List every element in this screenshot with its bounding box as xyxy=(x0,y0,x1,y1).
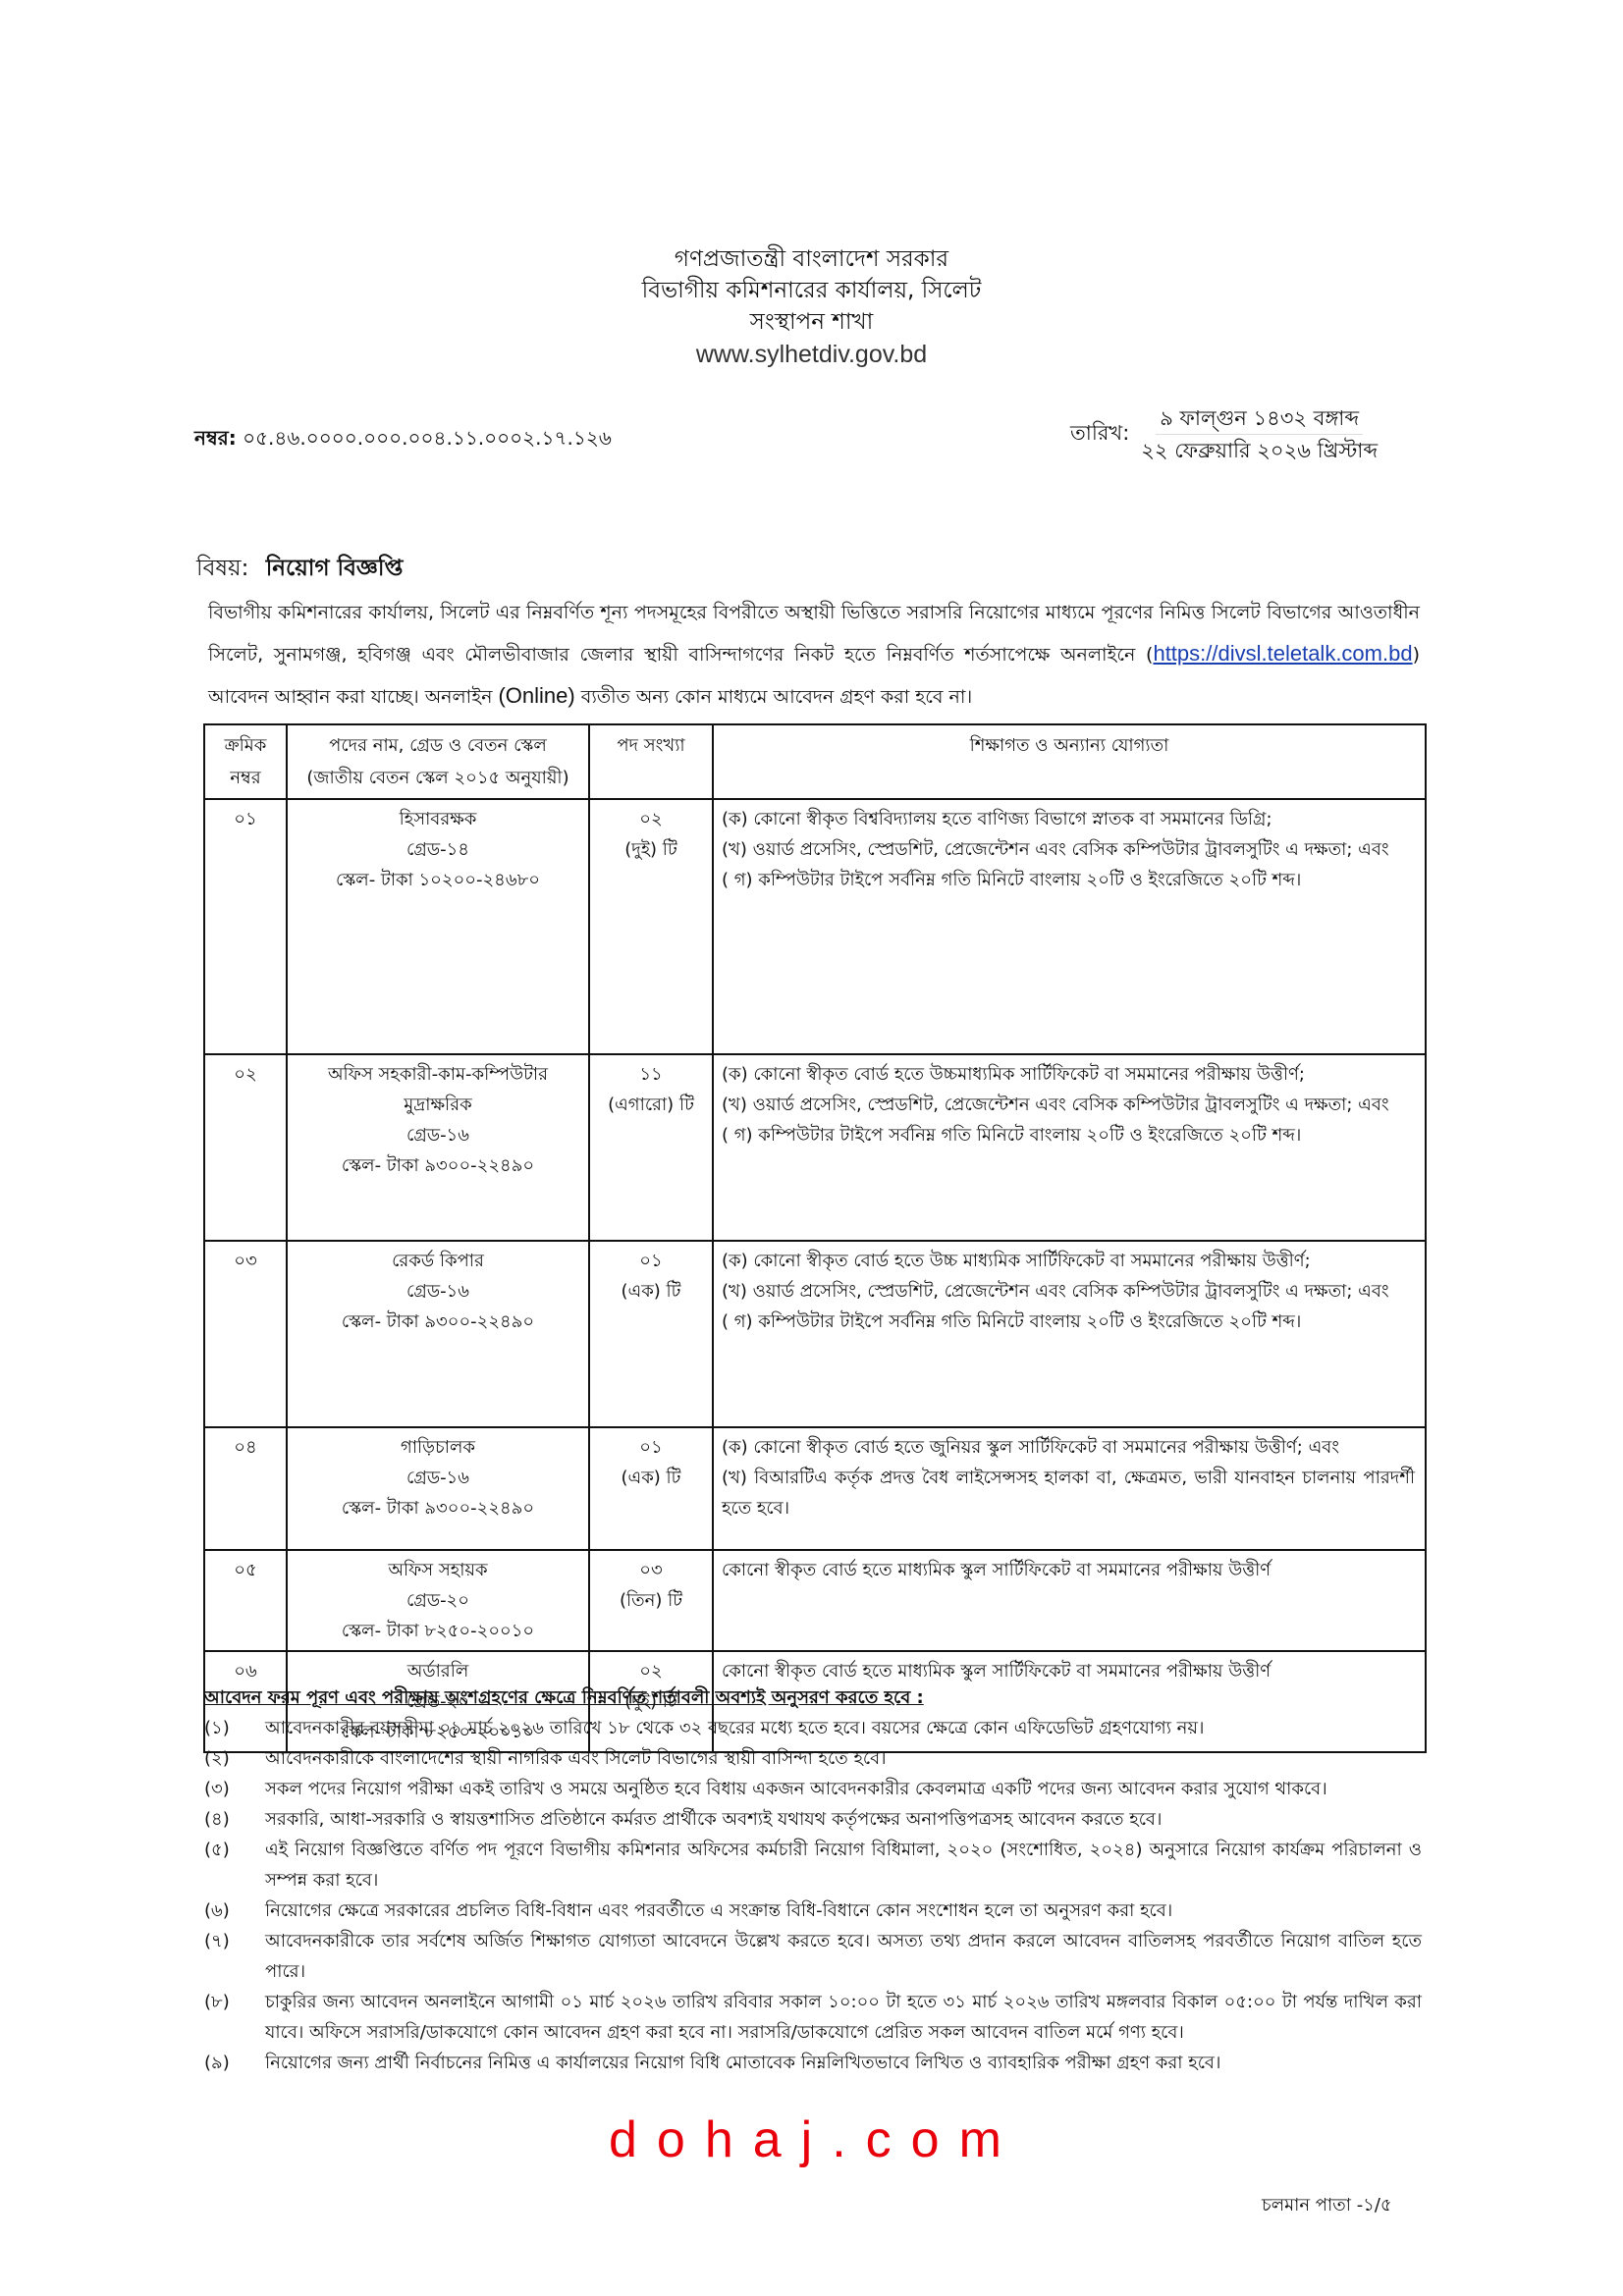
condition-number: (৩) xyxy=(204,1774,265,1804)
condition-item: (৭)আবেদনকারীকে তার সর্বশেষ অর্জিত শিক্ষা… xyxy=(204,1926,1422,1987)
post-cell: অফিস সহকারী-কাম-কম্পিউটার মুদ্রাক্ষরিকগ্… xyxy=(287,1054,589,1241)
post-name: হিসাবরক্ষক xyxy=(296,804,580,834)
qualification-item: (ক) কোনো স্বীকৃত বিশ্ববিদ্যালয় হতে বাণি… xyxy=(722,804,1415,834)
condition-number: (২) xyxy=(204,1743,265,1774)
qualification-item: ( গ) কম্পিউটার টাইপে সর্বনিম্ন গতি মিনিট… xyxy=(722,865,1415,895)
post-grade: গ্রেড-১৬ xyxy=(296,1276,580,1307)
condition-item: (২)আবেদনকারীকে বাংলাদেশের স্থায়ী নাগরিক… xyxy=(204,1743,1422,1774)
condition-number: (১) xyxy=(204,1713,265,1743)
post-grade: গ্রেড-১৬ xyxy=(296,1120,580,1150)
condition-text: আবেদনকারীকে তার সর্বশেষ অর্জিত শিক্ষাগত … xyxy=(265,1926,1422,1987)
table-row: ০১হিসাবরক্ষকগ্রেড-১৪স্কেল- টাকা ১০২০০-২৪… xyxy=(204,799,1426,1054)
post-name: রেকর্ড কিপার xyxy=(296,1246,580,1276)
letterhead: গণপ্রজাতন্ত্রী বাংলাদেশ সরকার বিভাগীয় ক… xyxy=(0,243,1623,371)
condition-text: সরকারি, আধা-সরকারি ও স্বায়ত্তশাসিত প্রত… xyxy=(265,1804,1162,1835)
post-name: গাড়িচালক xyxy=(296,1432,580,1463)
conditions-title: আবেদন ফরম পূরণ এবং পরীক্ষায় অংশগ্রহণের … xyxy=(204,1682,1422,1713)
page-number: চলমান পাতা -১/৫ xyxy=(1262,2191,1392,2221)
condition-item: (৪)সরকারি, আধা-সরকারি ও স্বায়ত্তশাসিত প… xyxy=(204,1804,1422,1835)
count-cell: ১১(এগারো) টি xyxy=(589,1054,713,1241)
serial-cell: ০৩ xyxy=(204,1241,287,1427)
count-cell: ০২(দুই) টি xyxy=(589,799,713,1054)
intro-online-word: (Online) xyxy=(498,683,574,708)
condition-number: (৮) xyxy=(204,1987,265,2048)
qualification-cell: কোনো স্বীকৃত বোর্ড হতে মাধ্যমিক স্কুল সা… xyxy=(713,1550,1426,1651)
qualification-item: (খ) বিআরটিএ কর্তৃক প্রদত্ত বৈধ লাইসেন্সস… xyxy=(722,1463,1415,1523)
post-cell: রেকর্ড কিপারগ্রেড-১৬স্কেল- টাকা ৯৩০০-২২৪… xyxy=(287,1241,589,1427)
date-gregorian: ২২ ফেব্রুয়ারি ২০২৬ খ্রিস্টাব্দ xyxy=(1137,435,1381,466)
serial-cell: ০৪ xyxy=(204,1427,287,1550)
table-header-row: ক্রমিকনম্বর পদের নাম, গ্রেড ও বেতন স্কেল… xyxy=(204,724,1426,799)
memo-value: ০৫.৪৬.০০০০.০০০.০০৪.১১.০০০২.১৭.১২৬ xyxy=(243,426,612,450)
condition-item: (১)আবেদনকারীর বয়সসীমা ০১ মার্চ ২০২৬ তার… xyxy=(204,1713,1422,1743)
condition-text: এই নিয়োগ বিজ্ঞপ্তিতে বর্ণিত পদ পূরণে বি… xyxy=(265,1835,1422,1896)
count-cell: ০১(এক) টি xyxy=(589,1427,713,1550)
header-qualification: শিক্ষাগত ও অন্যান্য যোগ্যতা xyxy=(713,724,1426,799)
office-name: বিভাগীয় কমিশনারের কার্যালয়, সিলেট xyxy=(0,275,1623,306)
qualification-item: (খ) ওয়ার্ড প্রসেসিং, স্প্রেডশিট, প্রেজে… xyxy=(722,1090,1415,1120)
qualification-item: (খ) ওয়ার্ড প্রসেসিং, স্প্রেডশিট, প্রেজে… xyxy=(722,834,1415,865)
subject-label: বিষয়: xyxy=(196,556,248,581)
memo-number: নম্বর: ০৫.৪৬.০০০০.০০০.০০৪.১১.০০০২.১৭.১২৬ xyxy=(194,424,612,456)
branch-name: সংস্থাপন শাখা xyxy=(0,306,1623,338)
qualification-item: (ক) কোনো স্বীকৃত বোর্ড হতে উচ্চ মাধ্যমিক… xyxy=(722,1246,1415,1276)
post-cell: হিসাবরক্ষকগ্রেড-১৪স্কেল- টাকা ১০২০০-২৪৬৮… xyxy=(287,799,589,1054)
date-bangla: ৯ ফাল্গুন ১৪৩২ বঙ্গাব্দ xyxy=(1156,402,1363,435)
post-scale: স্কেল- টাকা ৯৩০০-২২৪৯০ xyxy=(296,1493,580,1523)
post-name: অফিস সহকারী-কাম-কম্পিউটার মুদ্রাক্ষরিক xyxy=(296,1059,580,1120)
condition-text: চাকুরির জন্য আবেদন অনলাইনে আগামী ০১ মার্… xyxy=(265,1987,1422,2048)
condition-number: (৪) xyxy=(204,1804,265,1835)
qualification-cell: (ক) কোনো স্বীকৃত বোর্ড হতে উচ্চ মাধ্যমিক… xyxy=(713,1241,1426,1427)
condition-number: (৭) xyxy=(204,1926,265,1987)
qualification-item: ( গ) কম্পিউটার টাইপে সর্বনিম্ন গতি মিনিট… xyxy=(722,1307,1415,1337)
post-scale: স্কেল- টাকা ৮২৫০-২০০১০ xyxy=(296,1616,580,1646)
qualification-cell: (ক) কোনো স্বীকৃত বিশ্ববিদ্যালয় হতে বাণি… xyxy=(713,799,1426,1054)
table-row: ০৫অফিস সহায়কগ্রেড-২০স্কেল- টাকা ৮২৫০-২০… xyxy=(204,1550,1426,1651)
header-post: পদের নাম, গ্রেড ও বেতন স্কেল(জাতীয় বেতন… xyxy=(287,724,589,799)
condition-text: আবেদনকারীকে বাংলাদেশের স্থায়ী নাগরিক এব… xyxy=(265,1743,887,1774)
condition-number: (৬) xyxy=(204,1896,265,1926)
post-grade: গ্রেড-১৪ xyxy=(296,834,580,865)
qualification-item: কোনো স্বীকৃত বোর্ড হতে মাধ্যমিক স্কুল সা… xyxy=(722,1555,1415,1585)
watermark: dohaj.com xyxy=(609,2110,1021,2169)
condition-text: নিয়োগের ক্ষেত্রে সরকারের প্রচলিত বিধি-ব… xyxy=(265,1896,1172,1926)
post-scale: স্কেল- টাকা ১০২০০-২৪৬৮০ xyxy=(296,865,580,895)
website-link[interactable]: www.sylhetdiv.gov.bd xyxy=(0,338,1623,371)
post-scale: স্কেল- টাকা ৯৩০০-২২৪৯০ xyxy=(296,1150,580,1181)
post-grade: গ্রেড-১৬ xyxy=(296,1463,580,1493)
serial-cell: ০১ xyxy=(204,799,287,1054)
condition-number: (৫) xyxy=(204,1835,265,1896)
table-row: ০২অফিস সহকারী-কাম-কম্পিউটার মুদ্রাক্ষরিক… xyxy=(204,1054,1426,1241)
qualification-cell: (ক) কোনো স্বীকৃত বোর্ড হতে উচ্চমাধ্যমিক … xyxy=(713,1054,1426,1241)
qualification-item: ( গ) কম্পিউটার টাইপে সর্বনিম্ন গতি মিনিট… xyxy=(722,1120,1415,1150)
condition-text: নিয়োগের জন্য প্রার্থী নির্বাচনের নিমিত্… xyxy=(265,2048,1220,2078)
condition-item: (৮)চাকুরির জন্য আবেদন অনলাইনে আগামী ০১ ম… xyxy=(204,1987,1422,2048)
condition-item: (৯)নিয়োগের জন্য প্রার্থী নির্বাচনের নিম… xyxy=(204,2048,1422,2078)
serial-cell: ০২ xyxy=(204,1054,287,1241)
count-cell: ০৩(তিন) টি xyxy=(589,1550,713,1651)
application-link[interactable]: https://divsl.teletalk.com.bd xyxy=(1153,641,1412,666)
vacancy-table: ক্রমিকনম্বর পদের নাম, গ্রেড ও বেতন স্কেল… xyxy=(203,723,1427,1753)
table-row: ০৩রেকর্ড কিপারগ্রেড-১৬স্কেল- টাকা ৯৩০০-২… xyxy=(204,1241,1426,1427)
condition-text: সকল পদের নিয়োগ পরীক্ষা একই তারিখ ও সময়… xyxy=(265,1774,1327,1804)
serial-cell: ০৫ xyxy=(204,1550,287,1651)
condition-item: (৬)নিয়োগের ক্ষেত্রে সরকারের প্রচলিত বিধ… xyxy=(204,1896,1422,1926)
date-block: তারিখ: ৯ ফাল্গুন ১৪৩২ বঙ্গাব্দ ২২ ফেব্রু… xyxy=(1070,402,1381,466)
intro-text-3: ব্যতীত অন্য কোন মাধ্যমে আবেদন গ্রহণ করা … xyxy=(575,686,972,708)
government-name: গণপ্রজাতন্ত্রী বাংলাদেশ সরকার xyxy=(0,243,1623,275)
subject-value: নিয়োগ বিজ্ঞপ্তি xyxy=(266,556,404,581)
post-name: অফিস সহায়ক xyxy=(296,1555,580,1585)
condition-item: (৩)সকল পদের নিয়োগ পরীক্ষা একই তারিখ ও স… xyxy=(204,1774,1422,1804)
post-cell: গাড়িচালকগ্রেড-১৬স্কেল- টাকা ৯৩০০-২২৪৯০ xyxy=(287,1427,589,1550)
post-cell: অফিস সহায়কগ্রেড-২০স্কেল- টাকা ৮২৫০-২০০১… xyxy=(287,1550,589,1651)
intro-paragraph: বিভাগীয় কমিশনারের কার্যালয়, সিলেট এর ন… xyxy=(208,593,1420,718)
condition-number: (৯) xyxy=(204,2048,265,2078)
condition-item: (৫)এই নিয়োগ বিজ্ঞপ্তিতে বর্ণিত পদ পূরণে… xyxy=(204,1835,1422,1896)
qualification-item: (খ) ওয়ার্ড প্রসেসিং, স্প্রেডশিট, প্রেজে… xyxy=(722,1276,1415,1307)
qualification-cell: (ক) কোনো স্বীকৃত বোর্ড হতে জুনিয়র স্কুল… xyxy=(713,1427,1426,1550)
qualification-item: (ক) কোনো স্বীকৃত বোর্ড হতে জুনিয়র স্কুল… xyxy=(722,1432,1415,1463)
post-grade: গ্রেড-২০ xyxy=(296,1585,580,1616)
conditions-section: আবেদন ফরম পূরণ এবং পরীক্ষায় অংশগ্রহণের … xyxy=(204,1682,1422,2078)
date-label: তারিখ: xyxy=(1070,417,1129,452)
post-scale: স্কেল- টাকা ৯৩০০-২২৪৯০ xyxy=(296,1307,580,1337)
subject-line: বিষয়: নিয়োগ বিজ্ঞপ্তি xyxy=(196,550,403,588)
memo-label: নম্বর: xyxy=(194,426,237,450)
count-cell: ০১(এক) টি xyxy=(589,1241,713,1427)
table-row: ০৪গাড়িচালকগ্রেড-১৬স্কেল- টাকা ৯৩০০-২২৪৯… xyxy=(204,1427,1426,1550)
header-count: পদ সংখ্যা xyxy=(589,724,713,799)
condition-text: আবেদনকারীর বয়সসীমা ০১ মার্চ ২০২৬ তারিখে… xyxy=(265,1713,1204,1743)
qualification-item: (ক) কোনো স্বীকৃত বোর্ড হতে উচ্চমাধ্যমিক … xyxy=(722,1059,1415,1090)
header-serial: ক্রমিকনম্বর xyxy=(204,724,287,799)
